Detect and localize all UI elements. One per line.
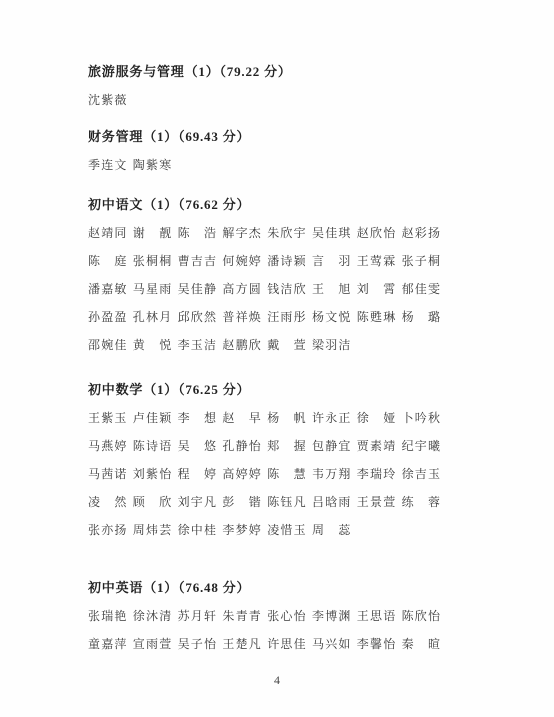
section-title: 财务管理（1）（69.43 分） [88,123,464,151]
section-junior-math: 初中数学（1）（76.25 分） 王紫玉 卢佳颖 李 想 赵 早 杨 帆 许永正… [88,376,464,544]
section-tourism-management: 旅游服务与管理（1）（79.22 分） 沈紫薇 [88,58,464,114]
document-page: 旅游服务与管理（1）（79.22 分） 沈紫薇 财务管理（1）（69.43 分）… [0,0,554,717]
name-line: 邵婉佳 黄 悦 李玉洁 赵鹏欣 戴 萱 梁羽洁 [88,331,464,359]
section-finance-management: 财务管理（1）（69.43 分） 季连文 陶紫寒 [88,123,464,179]
section-title: 旅游服务与管理（1）（79.22 分） [88,58,464,86]
name-line: 马茜诺 刘紫怡 程 婷 高婷婷 陈 慧 韦万翔 李瑞玲 徐吉玉 [88,460,464,488]
section-junior-chinese: 初中语文（1）（76.62 分） 赵靖同 谢 靓 陈 浩 解字杰 朱欣宇 吴佳琪… [88,191,464,359]
name-line: 沈紫薇 [88,86,464,114]
section-title: 初中语文（1）（76.62 分） [88,191,464,219]
name-line: 孙盈盈 孔林月 邱欣然 普祥焕 汪雨彤 杨文悦 陈甦琳 杨 璐 [88,303,464,331]
section-title: 初中英语（1）（76.48 分） [88,574,464,602]
name-line: 季连文 陶紫寒 [88,151,464,179]
name-line: 张亦扬 周炜芸 徐中桂 李梦婷 凌惜玉 周 蕊 [88,516,464,544]
name-line: 赵靖同 谢 靓 陈 浩 解字杰 朱欣宇 吴佳琪 赵欣怡 赵彩扬 [88,219,464,247]
page-number: 4 [0,673,554,688]
name-line: 童嘉萍 宣雨萱 吴子怡 王楚凡 许思佳 马兴如 李馨怡 秦 暄 [88,630,464,658]
name-line: 陈 庭 张桐桐 曹吉吉 何婉婷 潘诗颖 言 羽 王莺霖 张子桐 [88,247,464,275]
name-line: 张瑞艳 徐沐清 苏月轩 朱青青 张心怡 李博渊 王思语 陈欣怡 [88,602,464,630]
section-title: 初中数学（1）（76.25 分） [88,376,464,404]
section-junior-english: 初中英语（1）（76.48 分） 张瑞艳 徐沐清 苏月轩 朱青青 张心怡 李博渊… [88,574,464,658]
name-line: 马燕婷 陈诗语 吴 悠 孔静怡 郏 握 包静宜 贾素靖 纪宇曦 [88,432,464,460]
name-line: 潘嘉敏 马星雨 吴佳静 高方圆 钱洁欣 王 旭 刘 霄 郁佳雯 [88,275,464,303]
name-line: 凌 然 顾 欣 刘宇凡 彭 锴 陈钰凡 吕晗雨 王景萱 练 蓉 [88,488,464,516]
name-line: 王紫玉 卢佳颖 李 想 赵 早 杨 帆 许永正 徐 娅 卜吟秋 [88,404,464,432]
